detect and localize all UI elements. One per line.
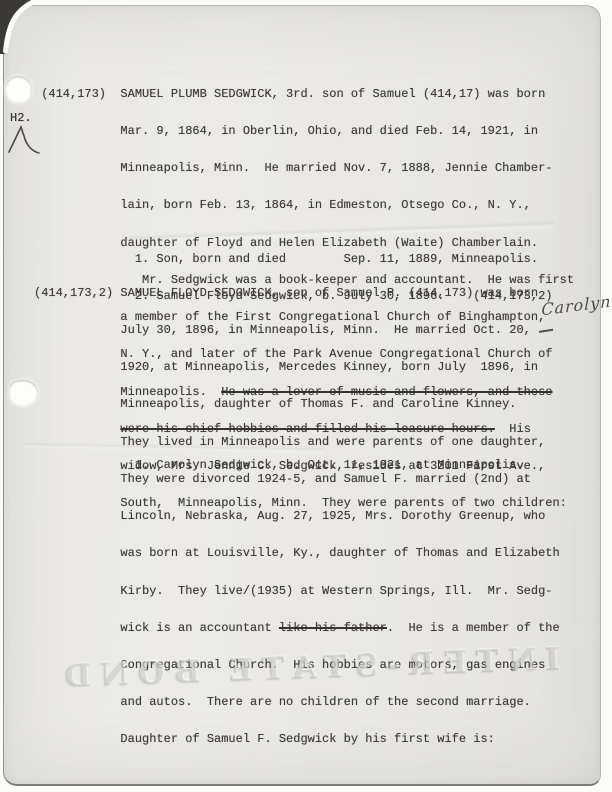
typed-segment: wick is an accountant [34,621,279,635]
children-list-2: 1. Carolyn Sedgwick, b. Oct. 11, 1921, a… [34,434,524,496]
child-item: 1. Carolyn Sedgwick, b. Oct. 11, 1921, a… [34,459,524,471]
typed-line: Daughter of Samuel F. Sedgwick by his fi… [34,733,560,745]
folded-corner [0,0,48,58]
typed-segment: . He is a member of the [387,621,560,635]
typed-line: Kirby. They live/(1935) at Western Sprin… [34,585,560,597]
struck-text: like his father [279,621,387,635]
typed-line: July 30, 1896, in Minneapolis, Minn. He … [34,324,560,336]
typed-line: (414,173,2) SAMUEL FLOYD SEDGWICK, son o… [34,287,560,299]
typed-line: (414,173) SAMUEL PLUMB SEDGWICK, 3rd. so… [34,88,574,100]
typed-line: was born at Louisville, Ky., daughter of… [34,547,560,559]
typed-line: Minneapolis, daughter of Thomas F. and C… [34,398,560,410]
typed-line: 1920, at Minneapolis, Mercedes Kinney, b… [34,361,560,373]
typed-line: wick is an accountant like his father. H… [34,622,560,634]
typed-line: Mar. 9, 1864, in Oberlin, Ohio, and died… [34,125,574,137]
typed-line: Minneapolis, Minn. He married Nov. 7, 18… [34,162,574,174]
typed-line: lain, born Feb. 13, 1864, in Edmeston, O… [34,199,574,211]
typed-line: Lincoln, Nebraska, Aug. 27, 1925, Mrs. D… [34,510,560,522]
